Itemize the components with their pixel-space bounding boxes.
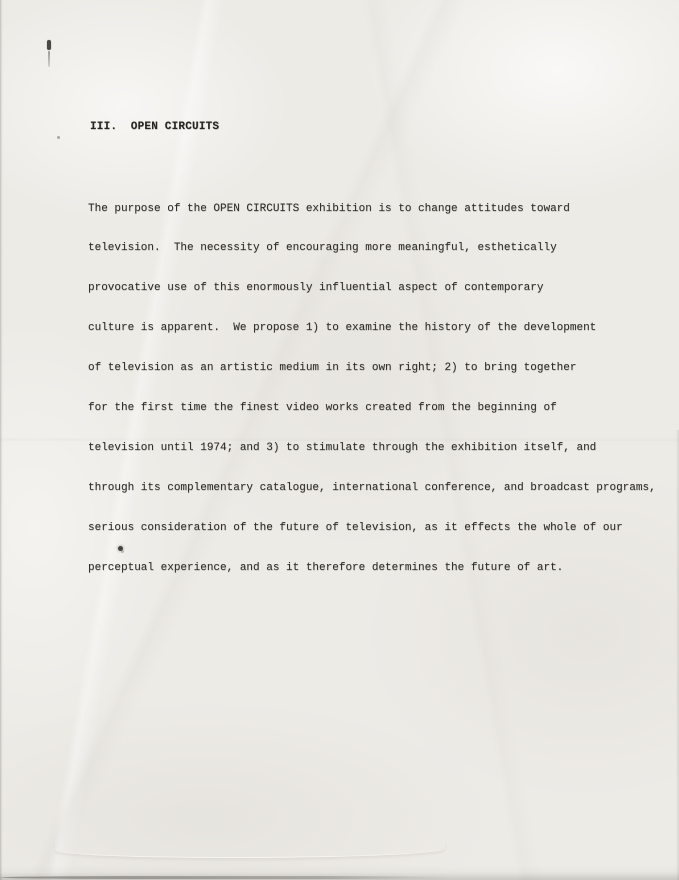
handwritten-pen-mark bbox=[46, 40, 52, 70]
pen-mark-head bbox=[47, 40, 51, 50]
paragraph-line: through its complementary catalogue, int… bbox=[88, 482, 656, 495]
page-curl-crease bbox=[55, 841, 445, 858]
scan-left-edge-shadow bbox=[0, 0, 3, 880]
paragraph-line: The purpose of the OPEN CIRCUITS exhibit… bbox=[88, 203, 656, 216]
pen-mark-tail bbox=[48, 51, 50, 67]
paragraph-line: culture is apparent. We propose 1) to ex… bbox=[88, 322, 656, 335]
paragraph-line: of television as an artistic medium in i… bbox=[88, 362, 656, 375]
ink-dot bbox=[57, 136, 60, 139]
paragraph-line: for the first time the finest video work… bbox=[88, 402, 656, 415]
page-bottom-edge bbox=[0, 876, 455, 879]
paragraph-line: provocative use of this enormously influ… bbox=[88, 282, 656, 295]
paragraph-line: serious consideration of the future of t… bbox=[88, 522, 656, 535]
scanned-document-page: III. OPEN CIRCUITS The purpose of the OP… bbox=[0, 0, 679, 880]
section-heading: III. OPEN CIRCUITS bbox=[90, 121, 219, 133]
paragraph: The purpose of the OPEN CIRCUITS exhibit… bbox=[88, 176, 656, 602]
paragraph-line: television until 1974; and 3) to stimula… bbox=[88, 442, 656, 455]
paragraph-line: perceptual experience, and as it therefo… bbox=[88, 562, 656, 575]
paragraph-line: television. The necessity of encouraging… bbox=[88, 242, 656, 255]
